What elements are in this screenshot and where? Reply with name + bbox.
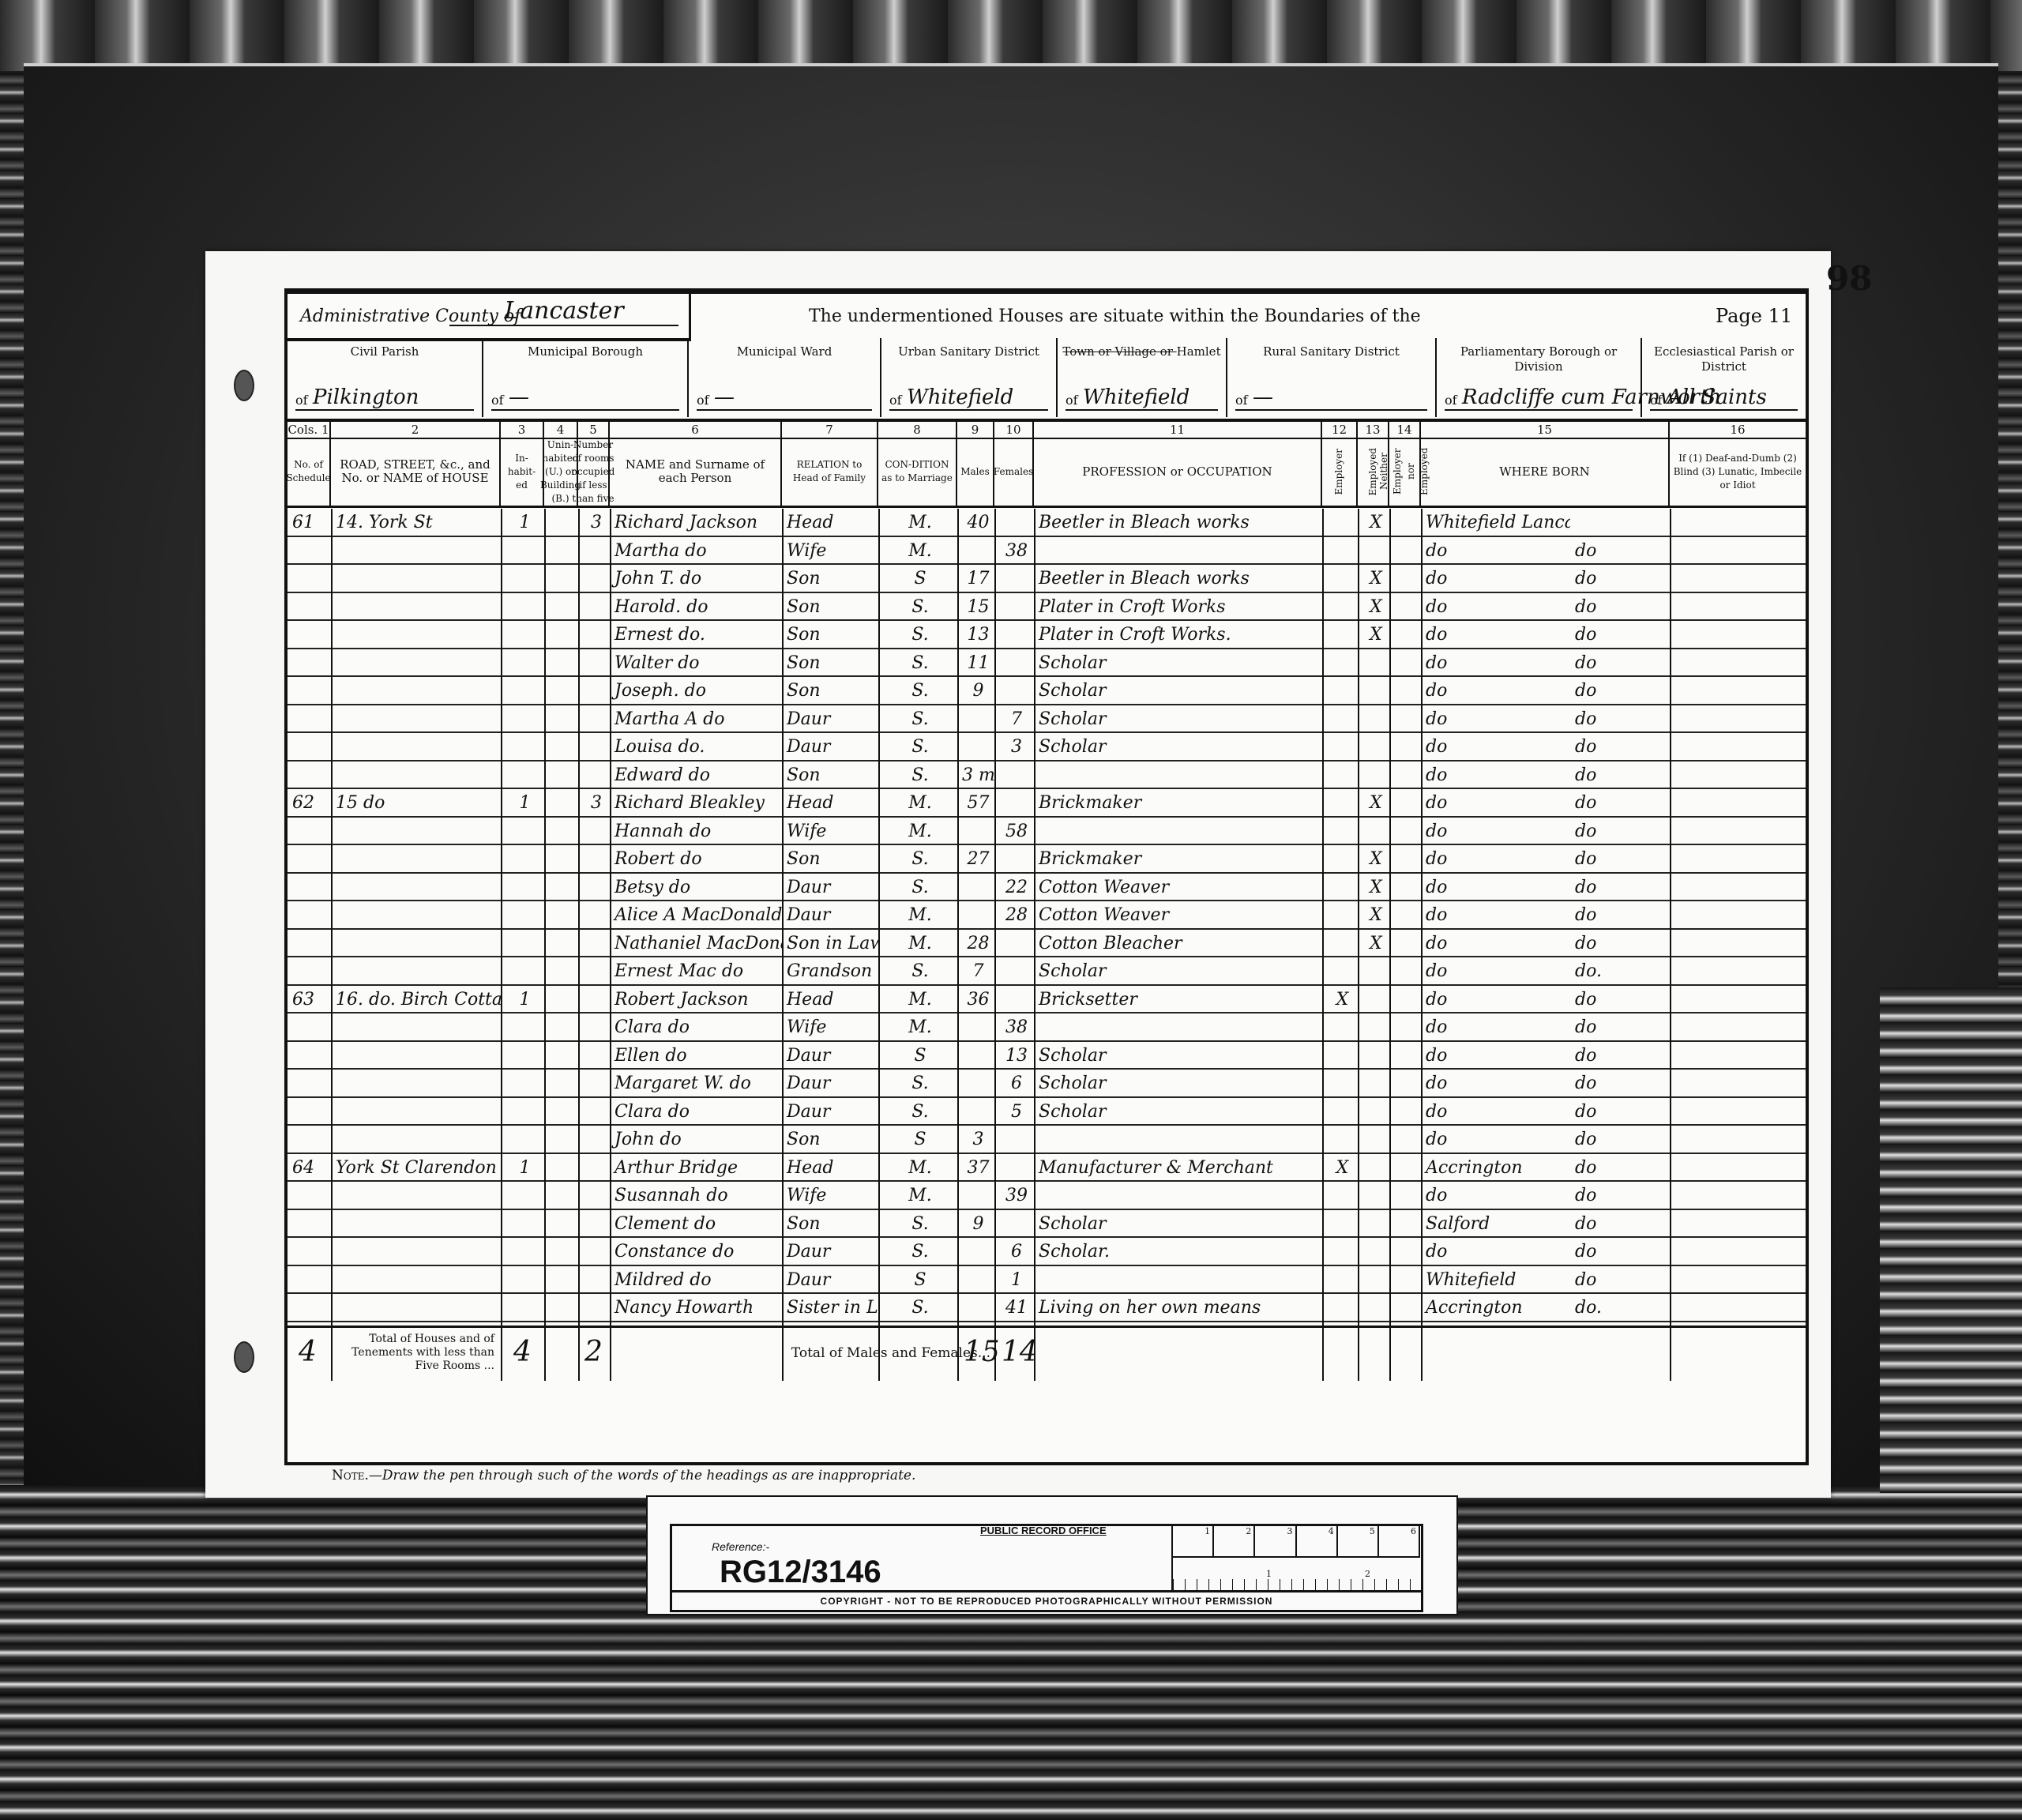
column-divider	[1358, 509, 1359, 1381]
ruler-top-tick: 1	[1173, 1526, 1214, 1556]
column-header-3: 3In-habit-ed	[501, 422, 544, 506]
cell-rooms	[578, 1013, 610, 1042]
cell-relation: Son	[782, 593, 878, 622]
cell-condition: S	[878, 1266, 957, 1295]
cell-empty	[1389, 930, 1421, 958]
cell-occupation: Manufacturer & Merchant	[1034, 1154, 1322, 1183]
cell-employer: X	[1322, 986, 1358, 1014]
cell-employer	[1322, 1210, 1358, 1239]
column-label: PROFESSION or OCCUPATION	[1034, 439, 1321, 504]
cell-male-age: 37	[957, 1154, 994, 1183]
cell-name: Alice A MacDonald	[610, 901, 782, 930]
cell-female-age: 1	[994, 1266, 1034, 1295]
cell-empty	[1389, 1210, 1421, 1239]
cell-female-age	[994, 565, 1034, 593]
cell-empty	[544, 1294, 578, 1322]
cell-empty	[544, 874, 578, 902]
cell-empty	[1670, 957, 1806, 986]
cell-male-age: 27	[957, 845, 994, 874]
cell-employed: X	[1358, 509, 1389, 537]
column-divider	[1389, 509, 1391, 1381]
district-label-struck: Town or Village or	[1062, 344, 1176, 359]
cell-born-county: do	[1570, 1266, 1670, 1295]
table-row: Mildred doDaurS1Whitefielddo	[288, 1266, 1806, 1295]
cell-inhab	[501, 1238, 544, 1266]
column-label: NAME and Surname of each Person	[610, 439, 780, 504]
cell-relation: Daur	[782, 733, 878, 761]
column-label: In-habit-ed	[501, 439, 543, 504]
column-number: Cols. 1	[288, 422, 329, 439]
column-divider	[1034, 509, 1035, 1381]
table-row: Hannah doWifeM.58dodo	[288, 818, 1806, 846]
ruler-bottom-tick: 1	[1266, 1569, 1272, 1579]
district-value-field: ofRadcliffe cum Farnworth	[1445, 378, 1633, 411]
column-number: 5	[578, 422, 608, 439]
cell-empty	[1670, 593, 1806, 622]
cell-female-age	[994, 593, 1034, 622]
district-label: Civil Parish	[288, 344, 482, 359]
table-row: Martha A doDaurS.7Scholardodo	[288, 705, 1806, 734]
table-row: Edward doSonS.3 mododo	[288, 761, 1806, 790]
cell-born-place: do	[1421, 1126, 1570, 1154]
cell-male-age: 36	[957, 986, 994, 1014]
cell-born-place: do	[1421, 901, 1570, 930]
cell-schedule: 62	[288, 789, 331, 818]
cell-born-county: do	[1570, 761, 1670, 790]
cell-empty	[1389, 845, 1421, 874]
cell-schedule	[288, 1042, 331, 1070]
cell-occupation: Beetler in Bleach works	[1034, 565, 1322, 593]
cell-name: Ernest Mac do	[610, 957, 782, 986]
cell-inhab	[501, 818, 544, 846]
cell-inhab	[501, 649, 544, 678]
district-rural-sanitary-district: Rural Sanitary Districtof—	[1227, 338, 1437, 417]
cell-name: Harold. do	[610, 593, 782, 622]
ruler-bottom-scale: 12	[1173, 1557, 1420, 1590]
cell-schedule	[288, 565, 331, 593]
cell-male-age	[957, 1182, 994, 1210]
table-row: 6215 do13Richard BleakleyHeadM.57Brickma…	[288, 789, 1806, 818]
cell-address	[331, 957, 501, 986]
column-label: If (1) Deaf-and-Dumb (2) Blind (3) Lunat…	[1670, 439, 1806, 504]
table-row: John T. doSonS17Beetler in Bleach worksX…	[288, 565, 1806, 593]
ruler-top-tick: 4	[1297, 1526, 1338, 1556]
cell-employer	[1322, 930, 1358, 958]
column-label: Neither Employer nor Employed	[1389, 439, 1419, 504]
cell-male-age	[957, 537, 994, 566]
of-prefix: of	[1065, 393, 1078, 408]
cell-inhab: 1	[501, 789, 544, 818]
table-row: Louisa do.DaurS.3Scholardodo	[288, 733, 1806, 761]
column-number: 3	[501, 422, 543, 439]
cell-relation: Son	[782, 621, 878, 649]
cell-relation: Head	[782, 1154, 878, 1183]
cell-condition: S.	[878, 761, 957, 790]
cell-female-age: 41	[994, 1294, 1034, 1322]
cell-born-county: do	[1570, 1126, 1670, 1154]
cell-schedule	[288, 1182, 331, 1210]
cell-name: Ernest do.	[610, 621, 782, 649]
cell-address	[331, 537, 501, 566]
district-value-field: of—	[491, 378, 679, 411]
table-row: Betsy doDaurS.22Cotton WeaverXdodo	[288, 874, 1806, 902]
cell-address: 15 do	[331, 789, 501, 818]
of-prefix: of	[1650, 393, 1663, 408]
district-ecclesiastical-parish-or-district: Ecclesiastical Parish or DistrictofAll S…	[1642, 338, 1806, 417]
cell-male-age: 9	[957, 1210, 994, 1239]
total-males: 15	[964, 1336, 1000, 1368]
cell-address	[331, 705, 501, 734]
cell-address	[331, 677, 501, 705]
column-number: 8	[878, 422, 956, 439]
table-row: Joseph. doSonS.9Scholardodo	[288, 677, 1806, 705]
district-value: —	[714, 385, 735, 409]
cell-schedule	[288, 957, 331, 986]
cell-employer	[1322, 1266, 1358, 1295]
cell-occupation: Scholar	[1034, 1098, 1322, 1126]
district-value-field: ofWhitefield	[1065, 378, 1218, 411]
cell-employer	[1322, 1294, 1358, 1322]
district-value-field: of—	[697, 378, 872, 411]
cell-rooms	[578, 1266, 610, 1295]
cell-relation: Daur	[782, 1070, 878, 1098]
cell-address	[331, 818, 501, 846]
cell-born-place: do	[1421, 565, 1570, 593]
cell-address	[331, 845, 501, 874]
cell-employer	[1322, 705, 1358, 734]
cell-male-age	[957, 901, 994, 930]
cell-condition: M.	[878, 901, 957, 930]
column-header-1: Cols. 1No. of Schedule	[288, 422, 331, 506]
cell-empty	[1670, 1238, 1806, 1266]
district-value: —	[1253, 385, 1273, 409]
cell-inhab	[501, 1098, 544, 1126]
cell-employed	[1358, 1266, 1389, 1295]
district-value: All Saints	[1667, 385, 1767, 409]
cell-female-age: 38	[994, 1013, 1034, 1042]
cell-employed	[1358, 1182, 1389, 1210]
cell-relation: Wife	[782, 537, 878, 566]
cell-employed	[1358, 1126, 1389, 1154]
table-row: 6114. York St13Richard JacksonHeadM.40Be…	[288, 509, 1806, 537]
column-divider	[578, 509, 580, 1381]
cell-employer	[1322, 509, 1358, 537]
cell-address	[331, 593, 501, 622]
cell-employer	[1322, 957, 1358, 986]
table-row: Clara doDaurS.5Scholardodo	[288, 1098, 1806, 1126]
cell-male-age	[957, 874, 994, 902]
district-parliamentary-borough-or-division: Parliamentary Borough or DivisionofRadcl…	[1437, 338, 1642, 417]
cell-address	[331, 1266, 501, 1295]
cell-employed	[1358, 818, 1389, 846]
cell-occupation	[1034, 1013, 1322, 1042]
column-divider	[1322, 509, 1324, 1381]
cell-born-place: do	[1421, 818, 1570, 846]
cell-relation: Wife	[782, 818, 878, 846]
table-row: Nathaniel MacDonaldSon in LawM.28Cotton …	[288, 930, 1806, 958]
cell-occupation: Scholar	[1034, 1210, 1322, 1239]
cell-inhab	[501, 761, 544, 790]
cell-rooms	[578, 537, 610, 566]
column-label: Females	[994, 439, 1032, 504]
cell-schedule	[288, 1126, 331, 1154]
cell-rooms	[578, 733, 610, 761]
cell-occupation: Living on her own means	[1034, 1294, 1322, 1322]
cell-occupation	[1034, 818, 1322, 846]
cell-empty	[1389, 649, 1421, 678]
cell-empty	[544, 705, 578, 734]
cell-inhab	[501, 1013, 544, 1042]
cell-name: Hannah do	[610, 818, 782, 846]
total-persons-label: Total of Males and Females...	[761, 1347, 990, 1360]
cell-empty	[1389, 509, 1421, 537]
cell-empty	[544, 649, 578, 678]
cell-born-place: do	[1421, 845, 1570, 874]
cell-employed	[1358, 1070, 1389, 1098]
cell-female-age: 28	[994, 901, 1034, 930]
cell-inhab	[501, 874, 544, 902]
column-divider	[1670, 509, 1671, 1381]
cell-name: Edward do	[610, 761, 782, 790]
cell-empty	[1389, 818, 1421, 846]
cell-rooms	[578, 957, 610, 986]
cell-empty	[544, 957, 578, 986]
cell-relation: Son	[782, 1210, 878, 1239]
cell-address: 16. do. Birch Cottage	[331, 986, 501, 1014]
cell-empty	[544, 1238, 578, 1266]
cell-inhab	[501, 677, 544, 705]
column-label: CON-DITION as to Marriage	[878, 439, 956, 504]
cell-born-place: do	[1421, 1238, 1570, 1266]
district-label: Rural Sanitary District	[1227, 344, 1435, 359]
district-label: Municipal Ward	[689, 344, 880, 359]
cell-female-age	[994, 789, 1034, 818]
cell-relation: Daur	[782, 874, 878, 902]
copyright-notice: COPYRIGHT - NOT TO BE REPRODUCED PHOTOGR…	[672, 1590, 1421, 1610]
cell-empty	[1389, 957, 1421, 986]
cell-empty	[544, 1182, 578, 1210]
cell-male-age	[957, 1070, 994, 1098]
cell-employer	[1322, 1013, 1358, 1042]
cell-relation: Wife	[782, 1182, 878, 1210]
cell-inhab	[501, 733, 544, 761]
cell-empty	[544, 930, 578, 958]
footnote-prefix: Note.—	[332, 1468, 382, 1483]
cell-schedule	[288, 901, 331, 930]
column-header-6: 6NAME and Surname of each Person	[610, 422, 782, 506]
totals-row: 4Total of Houses and of Tenements with l…	[288, 1326, 1806, 1383]
cell-empty	[1670, 874, 1806, 902]
cell-rooms: 3	[578, 509, 610, 537]
cell-occupation: Scholar	[1034, 649, 1322, 678]
cell-name: Joseph. do	[610, 677, 782, 705]
cell-born-place: do	[1421, 874, 1570, 902]
cell-male-age	[957, 705, 994, 734]
of-prefix: of	[1445, 393, 1457, 408]
column-divider	[610, 509, 611, 1381]
cell-born-place: do	[1421, 537, 1570, 566]
cell-condition: S.	[878, 1070, 957, 1098]
district-value-field: ofPilkington	[295, 378, 474, 411]
cell-employer	[1322, 677, 1358, 705]
cell-schedule	[288, 761, 331, 790]
cell-relation: Daur	[782, 705, 878, 734]
cell-name: Nancy Howarth	[610, 1294, 782, 1322]
cell-name: Martha do	[610, 537, 782, 566]
cell-schedule	[288, 537, 331, 566]
cell-condition: M.	[878, 930, 957, 958]
cell-empty	[1670, 1098, 1806, 1126]
cell-rooms	[578, 1210, 610, 1239]
cell-female-age: 22	[994, 874, 1034, 902]
cell-inhab	[501, 845, 544, 874]
cell-schedule	[288, 1238, 331, 1266]
total-tenements: 2	[584, 1336, 603, 1368]
column-label: Employer	[1322, 439, 1356, 504]
cell-rooms	[578, 705, 610, 734]
cell-employed	[1358, 1238, 1389, 1266]
cell-condition: M.	[878, 1013, 957, 1042]
cell-empty	[1670, 1154, 1806, 1183]
cell-male-age	[957, 1294, 994, 1322]
cell-female-age	[994, 986, 1034, 1014]
district-label: Parliamentary Borough or Division	[1437, 344, 1641, 374]
district-label: Ecclesiastical Parish or District	[1642, 344, 1806, 374]
cell-female-age	[994, 1126, 1034, 1154]
cell-born-county	[1570, 509, 1670, 537]
cell-born-county: do	[1570, 1210, 1670, 1239]
cell-schedule	[288, 874, 331, 902]
cell-female-age: 58	[994, 818, 1034, 846]
column-divider	[1421, 509, 1423, 1381]
cell-female-age: 7	[994, 705, 1034, 734]
cell-male-age: 17	[957, 565, 994, 593]
cell-name: John do	[610, 1126, 782, 1154]
cell-relation: Daur	[782, 1238, 878, 1266]
ruler-top-tick: 3	[1255, 1526, 1296, 1556]
cell-rooms	[578, 565, 610, 593]
cell-male-age: 3	[957, 1126, 994, 1154]
column-label: Number of rooms occupied if less than fi…	[578, 439, 608, 504]
column-number: 13	[1358, 422, 1388, 439]
cell-employer	[1322, 733, 1358, 761]
of-prefix: of	[697, 393, 709, 408]
cell-employer	[1322, 1182, 1358, 1210]
cell-born-place: do	[1421, 649, 1570, 678]
cell-empty	[1389, 733, 1421, 761]
cell-empty	[544, 901, 578, 930]
district-municipal-ward: Municipal Wardof—	[689, 338, 881, 417]
cell-inhab	[501, 930, 544, 958]
cell-empty	[1389, 1182, 1421, 1210]
cell-empty	[544, 565, 578, 593]
cell-address	[331, 733, 501, 761]
cell-employer	[1322, 1042, 1358, 1070]
cell-employer	[1322, 593, 1358, 622]
cell-empty	[544, 1070, 578, 1098]
district-label: Municipal Borough	[483, 344, 687, 359]
cell-occupation	[1034, 537, 1322, 566]
cell-address	[331, 761, 501, 790]
cell-empty	[544, 1098, 578, 1126]
cell-born-place: do	[1421, 621, 1570, 649]
cell-female-age: 39	[994, 1182, 1034, 1210]
archive-label-box: PUBLIC RECORD OFFICE Reference:- RG12/31…	[670, 1524, 1423, 1612]
district-label: Town or Village or Hamlet	[1058, 344, 1226, 359]
cell-empty	[544, 761, 578, 790]
cell-rooms	[578, 1238, 610, 1266]
cell-employed	[1358, 705, 1389, 734]
cell-inhab	[501, 1126, 544, 1154]
cell-condition: S.	[878, 845, 957, 874]
cell-occupation: Brickmaker	[1034, 789, 1322, 818]
cell-male-age	[957, 1098, 994, 1126]
cell-born-place: do	[1421, 705, 1570, 734]
cell-empty	[1670, 677, 1806, 705]
cell-schedule	[288, 1070, 331, 1098]
column-label: RELATION to Head of Family	[782, 439, 877, 504]
cell-schedule	[288, 677, 331, 705]
cell-rooms	[578, 593, 610, 622]
cell-address	[331, 1238, 501, 1266]
cell-employed	[1358, 733, 1389, 761]
cell-condition: S.	[878, 677, 957, 705]
total-schedules: 4	[299, 1336, 317, 1368]
cell-male-age	[957, 1238, 994, 1266]
cell-employed	[1358, 649, 1389, 678]
cell-born-place: do	[1421, 1013, 1570, 1042]
cell-rooms: 3	[578, 789, 610, 818]
cell-relation: Daur	[782, 1266, 878, 1295]
cell-born-county: do	[1570, 789, 1670, 818]
cell-employed	[1358, 1294, 1389, 1322]
cell-employer: X	[1322, 1154, 1358, 1183]
cell-male-age: 9	[957, 677, 994, 705]
cell-name: Martha A do	[610, 705, 782, 734]
cell-empty	[1389, 874, 1421, 902]
cell-occupation: Cotton Weaver	[1034, 874, 1322, 902]
cell-rooms	[578, 621, 610, 649]
cell-name: Richard Jackson	[610, 509, 782, 537]
column-divider	[331, 509, 333, 1381]
cell-empty	[1389, 621, 1421, 649]
cell-empty	[1389, 537, 1421, 566]
cell-born-county: do.	[1570, 957, 1670, 986]
cell-rooms	[578, 1182, 610, 1210]
cell-relation: Head	[782, 986, 878, 1014]
cell-male-age: 3 mo	[957, 761, 994, 790]
cell-empty	[1670, 845, 1806, 874]
cell-empty	[1670, 1210, 1806, 1239]
cell-male-age: 11	[957, 649, 994, 678]
cell-born-county: do	[1570, 874, 1670, 902]
cell-address	[331, 1210, 501, 1239]
cell-male-age	[957, 1266, 994, 1295]
cell-empty	[1670, 818, 1806, 846]
cell-empty	[1389, 705, 1421, 734]
cell-inhab	[501, 901, 544, 930]
administrative-county: Administrative County of Lancaster	[288, 294, 691, 341]
total-houses-inhabited: 4	[513, 1336, 532, 1368]
column-number: 6	[610, 422, 780, 439]
cell-employed	[1358, 1013, 1389, 1042]
census-form: Administrative County of Lancaster The u…	[284, 288, 1809, 1465]
cell-schedule: 63	[288, 986, 331, 1014]
cell-employer	[1322, 874, 1358, 902]
cell-empty	[1389, 1042, 1421, 1070]
district-value: Pilkington	[313, 385, 419, 409]
cell-female-age	[994, 930, 1034, 958]
